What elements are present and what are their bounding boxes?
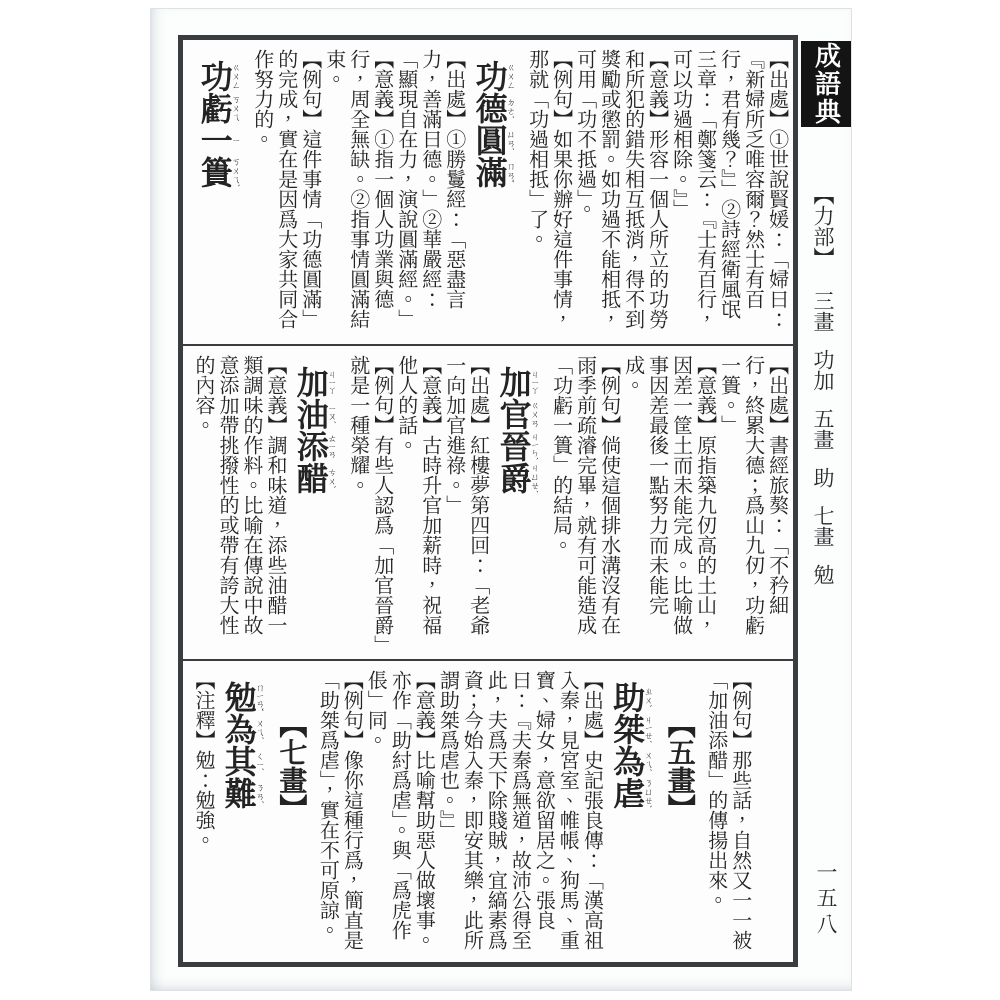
- page-number: 一五八: [811, 861, 841, 939]
- example-paragraph: 【例句】那些話，自然又一一被「加油添醋」的傳揚出來。: [704, 670, 752, 953]
- entry-headword: 加ㄐㄧㄚ油ㄧㄡˊ添ㄊㄧㄢ醋ㄘㄨˋ: [292, 355, 337, 650]
- zhuyin-annotation: ㄓㄨˋ: [643, 681, 653, 713]
- zhuyin-annotation: ㄧ: [231, 124, 241, 156]
- stroke-index-item: 勉: [811, 564, 835, 585]
- zhuyin-annotation: ㄨㄟˊ: [255, 713, 265, 745]
- zhuyin-annotation: ㄍㄨㄥ: [506, 60, 516, 92]
- entry-headword: 勉ㄇㄧㄢˇ為ㄨㄟˊ其ㄑㄧˊ難ㄋㄢˊ: [220, 670, 265, 953]
- zhuyin-annotation: ㄐㄧㄚ: [327, 366, 337, 398]
- entry-headword: 功ㄍㄨㄥ德ㄉㄜˊ圓ㄩㄢˊ滿ㄇㄢˇ: [471, 49, 516, 335]
- zhuyin-annotation: ㄍㄨㄢ: [530, 398, 540, 430]
- radical-stroke-index: 【力部】 三畫功加五畫助七畫勉: [808, 184, 838, 744]
- zhuyin-annotation: ㄎㄨㄟ: [231, 92, 241, 124]
- zhuyin-annotation: ㄐㄧㄚ: [530, 366, 540, 398]
- meaning-paragraph: 【意義】①指一個人功業與德行，周全無缺。②指事情圓滿結束。: [322, 49, 394, 335]
- zhuyin-annotation: ㄐㄩㄝˊ: [530, 462, 540, 494]
- stroke-index-item: 七畫: [811, 505, 835, 547]
- entries-row-2: 【出處】書經旅獒：「不矜細行，終累大德；爲山九仞，功虧一簣。」【意義】原指築九仞…: [183, 346, 797, 661]
- example-paragraph: 【例句】像你這種行爲，簡直是「助桀爲虐」，實在不可原諒。: [315, 670, 363, 953]
- source-paragraph: 【出處】史記張良傳：「漢高祖入秦，見宮室、帷帳、狗馬、重寶、婦女，意欲留居之。張…: [435, 670, 603, 953]
- stroke-index-item: 三畫: [811, 290, 835, 332]
- zhuyin-annotation: ㄐㄧㄣˋ: [530, 430, 540, 462]
- example-paragraph: 【例句】如果你辦好這件事情，那就「功過相抵」了。: [525, 49, 573, 335]
- screenshot-root: { "header": { "dictionary_title": "成語典",…: [0, 0, 1000, 1000]
- source-paragraph: 【出處】紅樓夢第四回：「老爺一向加官進祿。」: [442, 355, 490, 650]
- zhuyin-annotation: ㄋㄩㄝˋ: [643, 777, 653, 809]
- zhuyin-annotation: ㄐㄧㄝˊ: [643, 713, 653, 745]
- stroke-count-header: 【七畫】: [274, 670, 308, 953]
- stroke-count-header: 【五畫】: [662, 670, 696, 953]
- meaning-paragraph: 【意義】原指築九仞高的土山，因差一筐土而未能完成。比喻做事因差最後一點努力而未能…: [621, 355, 717, 650]
- zhuyin-annotation: ㄑㄧˊ: [255, 745, 265, 777]
- zhuyin-annotation: ㄇㄧㄢˇ: [255, 681, 265, 713]
- zhuyin-annotation: ㄘㄨˋ: [327, 462, 337, 494]
- meaning-paragraph: 【意義】形容一個人所立的功勞和所犯的錯失相互抵消，得不到獎勵或懲罰。如功過不能相…: [573, 49, 669, 335]
- zhuyin-annotation: ㄇㄢˇ: [506, 156, 516, 188]
- entries-row-1: 【出處】①世說賢媛：「婦曰：『新婦所乏唯容爾？然士有百行，君有幾？』」②詩經衛風…: [183, 40, 797, 346]
- zhuyin-annotation: ㄧㄡˊ: [327, 398, 337, 430]
- stroke-index-item: 五畫: [811, 408, 835, 450]
- entry-headword: 助ㄓㄨˋ桀ㄐㄧㄝˊ為ㄨㄟˊ虐ㄋㄩㄝˋ: [608, 670, 653, 953]
- stroke-index-item: 助: [811, 467, 835, 488]
- entries-row-3: 【例句】那些話，自然又一一被「加油添醋」的傳揚出來。【五畫】助ㄓㄨˋ桀ㄐㄧㄝˊ為…: [183, 661, 760, 962]
- dictionary-page: 【出處】①世說賢媛：「婦曰：『新婦所乏唯容爾？然士有百行，君有幾？』」②詩經衛風…: [150, 8, 852, 991]
- zhuyin-annotation: ㄉㄜˊ: [506, 92, 516, 124]
- radical-label: 【力部】: [811, 184, 835, 268]
- note-paragraph: 【注釋】勉：勉強。: [191, 670, 215, 953]
- zhuyin-annotation: ㄎㄨㄟˋ: [231, 156, 241, 188]
- entry-headword: 功ㄍㄨㄥ虧ㄎㄨㄟ一ㄧ簣ㄎㄨㄟˋ: [196, 49, 241, 335]
- example-paragraph: 【例句】倘使這個排水溝沒有在雨季前疏濬完畢，就有可能造成「功虧一簣」的結局。: [549, 355, 621, 650]
- zhuyin-annotation: ㄨㄟˊ: [643, 745, 653, 777]
- source-paragraph: 【出處】①世說賢媛：「婦曰：『新婦所乏唯容爾？然士有百行，君有幾？』」②詩經衛風…: [669, 49, 789, 335]
- example-paragraph: 【例句】這件事情「功德圓滿」的完成，實在是因爲大家共同合作努力的。: [250, 49, 322, 335]
- zhuyin-annotation: ㄋㄢˊ: [255, 777, 265, 809]
- dictionary-title-banner: 成語典: [801, 41, 851, 127]
- example-paragraph: 【例句】有些人認爲「加官晉爵」就是一種榮耀。: [346, 355, 394, 650]
- entry-headword: 加ㄐㄧㄚ官ㄍㄨㄢ晉ㄐㄧㄣˋ爵ㄐㄩㄝˊ: [495, 355, 540, 650]
- source-paragraph: 【出處】①勝鬘經：「惡盡言力，善滿曰德。」②華嚴經：「顯現自在力，演說圓滿經。」: [394, 49, 466, 335]
- zhuyin-annotation: ㄩㄢˊ: [506, 124, 516, 156]
- stroke-index-item: 功加: [811, 349, 835, 391]
- dictionary-title: 成語典: [808, 42, 845, 126]
- source-paragraph: 【出處】書經旅獒：「不矜細行，終累大德；爲山九仞，功虧一簣。」: [717, 355, 789, 650]
- zhuyin-annotation: ㄊㄧㄢ: [327, 430, 337, 462]
- meaning-paragraph: 【意義】調和味道，添些油醋一類調味的作料。比喻在傳說中故意添加帶挑撥性的或帶有誇…: [191, 355, 287, 650]
- zhuyin-annotation: ㄍㄨㄥ: [231, 60, 241, 92]
- content-box: 【出處】①世說賢媛：「婦曰：『新婦所乏唯容爾？然士有百行，君有幾？』」②詩經衛風…: [178, 35, 798, 967]
- meaning-paragraph: 【意義】古時升官加薪時，祝福他人的話。: [394, 355, 442, 650]
- meaning-paragraph: 【意義】比喻幫助惡人做壞事。亦作「助紂爲虐」。與「爲虎作倀」同。: [363, 670, 435, 953]
